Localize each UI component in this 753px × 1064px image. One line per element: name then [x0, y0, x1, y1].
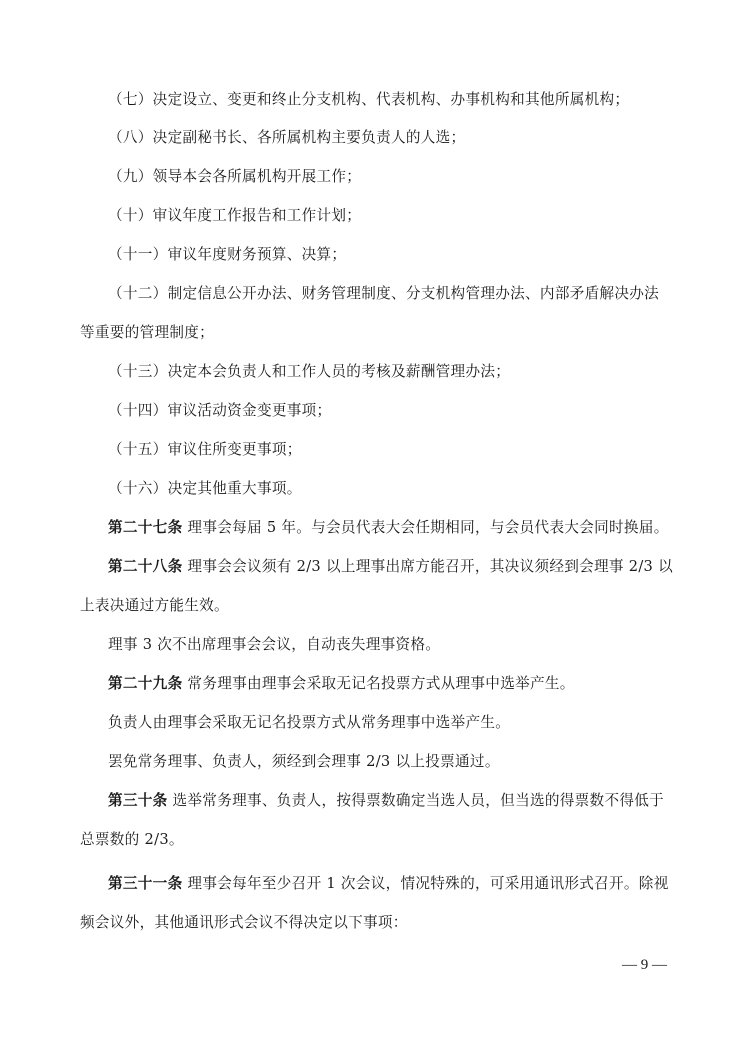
list-item-15: （十五）审议住所变更事项； — [108, 440, 302, 460]
article-28-title: 第二十八条 — [108, 558, 182, 575]
article-29-text: 常务理事由理事会采取无记名投票方式从理事中选举产生。 — [182, 675, 574, 692]
article-31: 第三十一条 理事会每年至少召开 1 次会议，情况特殊的，可采用通讯形式召开。除视 — [108, 874, 669, 894]
list-item-7: （七）决定设立、变更和终止分支机构、代表机构、办事机构和其他所属机构； — [108, 90, 629, 110]
article-30-title: 第三十条 — [108, 792, 168, 809]
article-31-title: 第三十一条 — [108, 875, 182, 892]
list-item-14: （十四）审议活动资金变更事项； — [108, 401, 331, 421]
article-30-continuation: 总票数的 2/3。 — [80, 830, 184, 850]
document-page: （七）决定设立、变更和终止分支机构、代表机构、办事机构和其他所属机构； （八）决… — [0, 0, 753, 1064]
article-29-paragraph-3: 罢免常务理事、负责人，须经到会理事 2/3 以上投票通过。 — [108, 752, 500, 772]
list-item-11: （十一）审议年度财务预算、决算； — [108, 245, 346, 265]
article-27-title: 第二十七条 — [108, 519, 182, 536]
article-28-continuation: 上表决通过方能生效。 — [80, 596, 229, 616]
list-item-12-continuation: 等重要的管理制度； — [80, 323, 214, 343]
article-28-paragraph-2: 理事 3 次不出席理事会会议，自动丧失理事资格。 — [108, 635, 440, 655]
list-item-9: （九）领导本会各所属机构开展工作； — [108, 167, 361, 187]
page-number: — 9 — — [622, 955, 667, 975]
article-27-text: 理事会每届 5 年。与会员代表大会任期相同，与会员代表大会同时换届。 — [182, 519, 668, 536]
list-item-8: （八）决定副秘书长、各所属机构主要负责人的人选； — [108, 128, 465, 148]
article-28-text: 理事会会议须有 2/3 以上理事出席方能召开，其决议须经到会理事 2/3 以 — [182, 558, 673, 575]
article-30: 第三十条 选举常务理事、负责人，按得票数确定当选人员，但当选的得票数不得低于 — [108, 791, 664, 811]
article-29: 第二十九条 常务理事由理事会采取无记名投票方式从理事中选举产生。 — [108, 674, 575, 694]
article-27: 第二十七条 理事会每届 5 年。与会员代表大会任期相同，与会员代表大会同时换届。 — [108, 518, 669, 538]
article-31-continuation: 频会议外，其他通讯形式会议不得决定以下事项： — [80, 913, 408, 933]
article-30-text: 选举常务理事、负责人，按得票数确定当选人员，但当选的得票数不得低于 — [168, 792, 664, 809]
article-31-text: 理事会每年至少召开 1 次会议，情况特殊的，可采用通讯形式召开。除视 — [182, 875, 668, 892]
article-29-title: 第二十九条 — [108, 675, 182, 692]
list-item-12: （十二）制定信息公开办法、财务管理制度、分支机构管理办法、内部矛盾解决办法 — [108, 284, 659, 304]
list-item-16: （十六）决定其他重大事项。 — [108, 479, 302, 499]
list-item-10: （十）审议年度工作报告和工作计划； — [108, 206, 361, 226]
article-28: 第二十八条 理事会会议须有 2/3 以上理事出席方能召开，其决议须经到会理事 2… — [108, 557, 673, 577]
article-29-paragraph-2: 负责人由理事会采取无记名投票方式从常务理事中选举产生。 — [108, 713, 510, 733]
list-item-13: （十三）决定本会负责人和工作人员的考核及薪酬管理办法； — [108, 362, 510, 382]
